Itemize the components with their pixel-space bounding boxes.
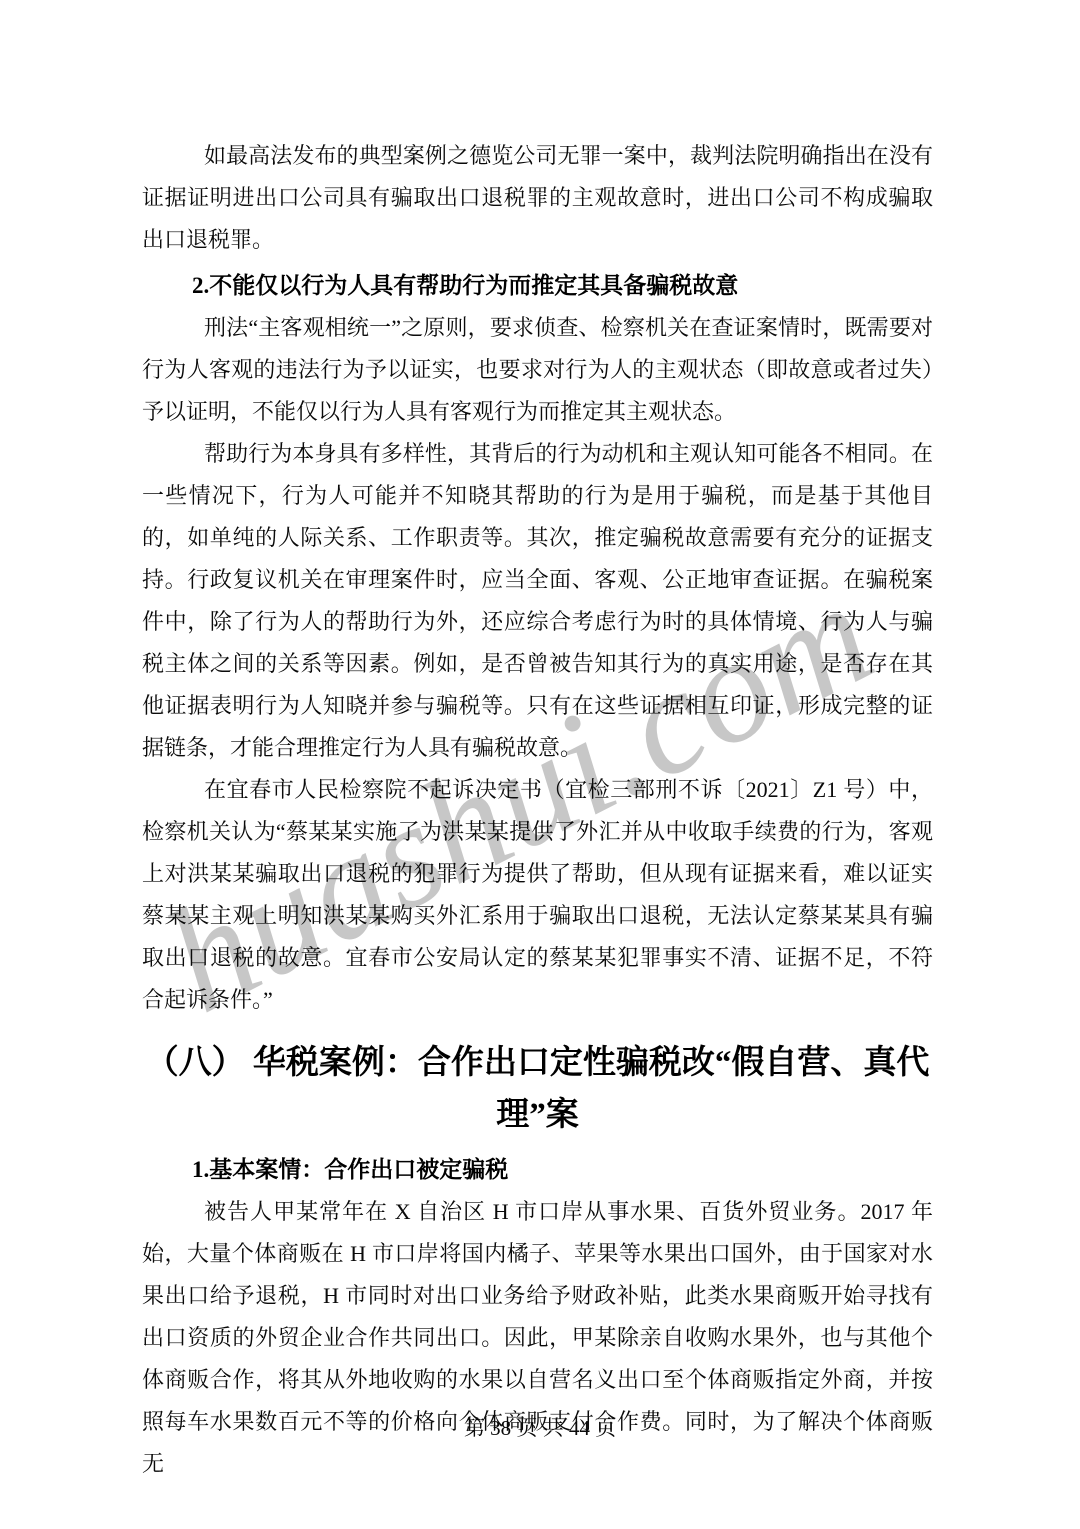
heading-no-presumption-of-intent: 2.不能仅以行为人具有帮助行为而推定其具备骗税故意 [142,265,933,307]
heading-section-eight-huashui-case: （八） 华税案例：合作出口定性骗税改“假自营、真代理”案 [142,1037,933,1141]
page-footer: 第 38 页 共 44 页 [0,1414,1080,1442]
paragraph-help-act-diversity: 帮助行为本身具有多样性，其背后的行为动机和主观认知可能各不相同。在一些情况下，行… [142,433,933,769]
document-page: huashui.com 如最高法发布的典型案例之德览公司无罪一案中，裁判法院明确… [0,0,1080,1529]
page-number-label: 第 38 页 共 44 页 [464,1416,616,1440]
page-content: 如最高法发布的典型案例之德览公司无罪一案中，裁判法院明确指出在没有证据证明进出口… [142,135,933,1485]
heading-basic-facts: 1.基本案情：合作出口被定骗税 [142,1149,933,1191]
paragraph-subjective-objective-principle: 刑法“主客观相统一”之原则，要求侦查、检察机关在查证案情时，既需要对行为人客观的… [142,307,933,433]
paragraph-supreme-court-case: 如最高法发布的典型案例之德览公司无罪一案中，裁判法院明确指出在没有证据证明进出口… [142,135,933,261]
paragraph-yichun-non-prosecution-decision: 在宜春市人民检察院不起诉决定书（宜检三部刑不诉〔2021〕Z1 号）中，检察机关… [142,769,933,1021]
